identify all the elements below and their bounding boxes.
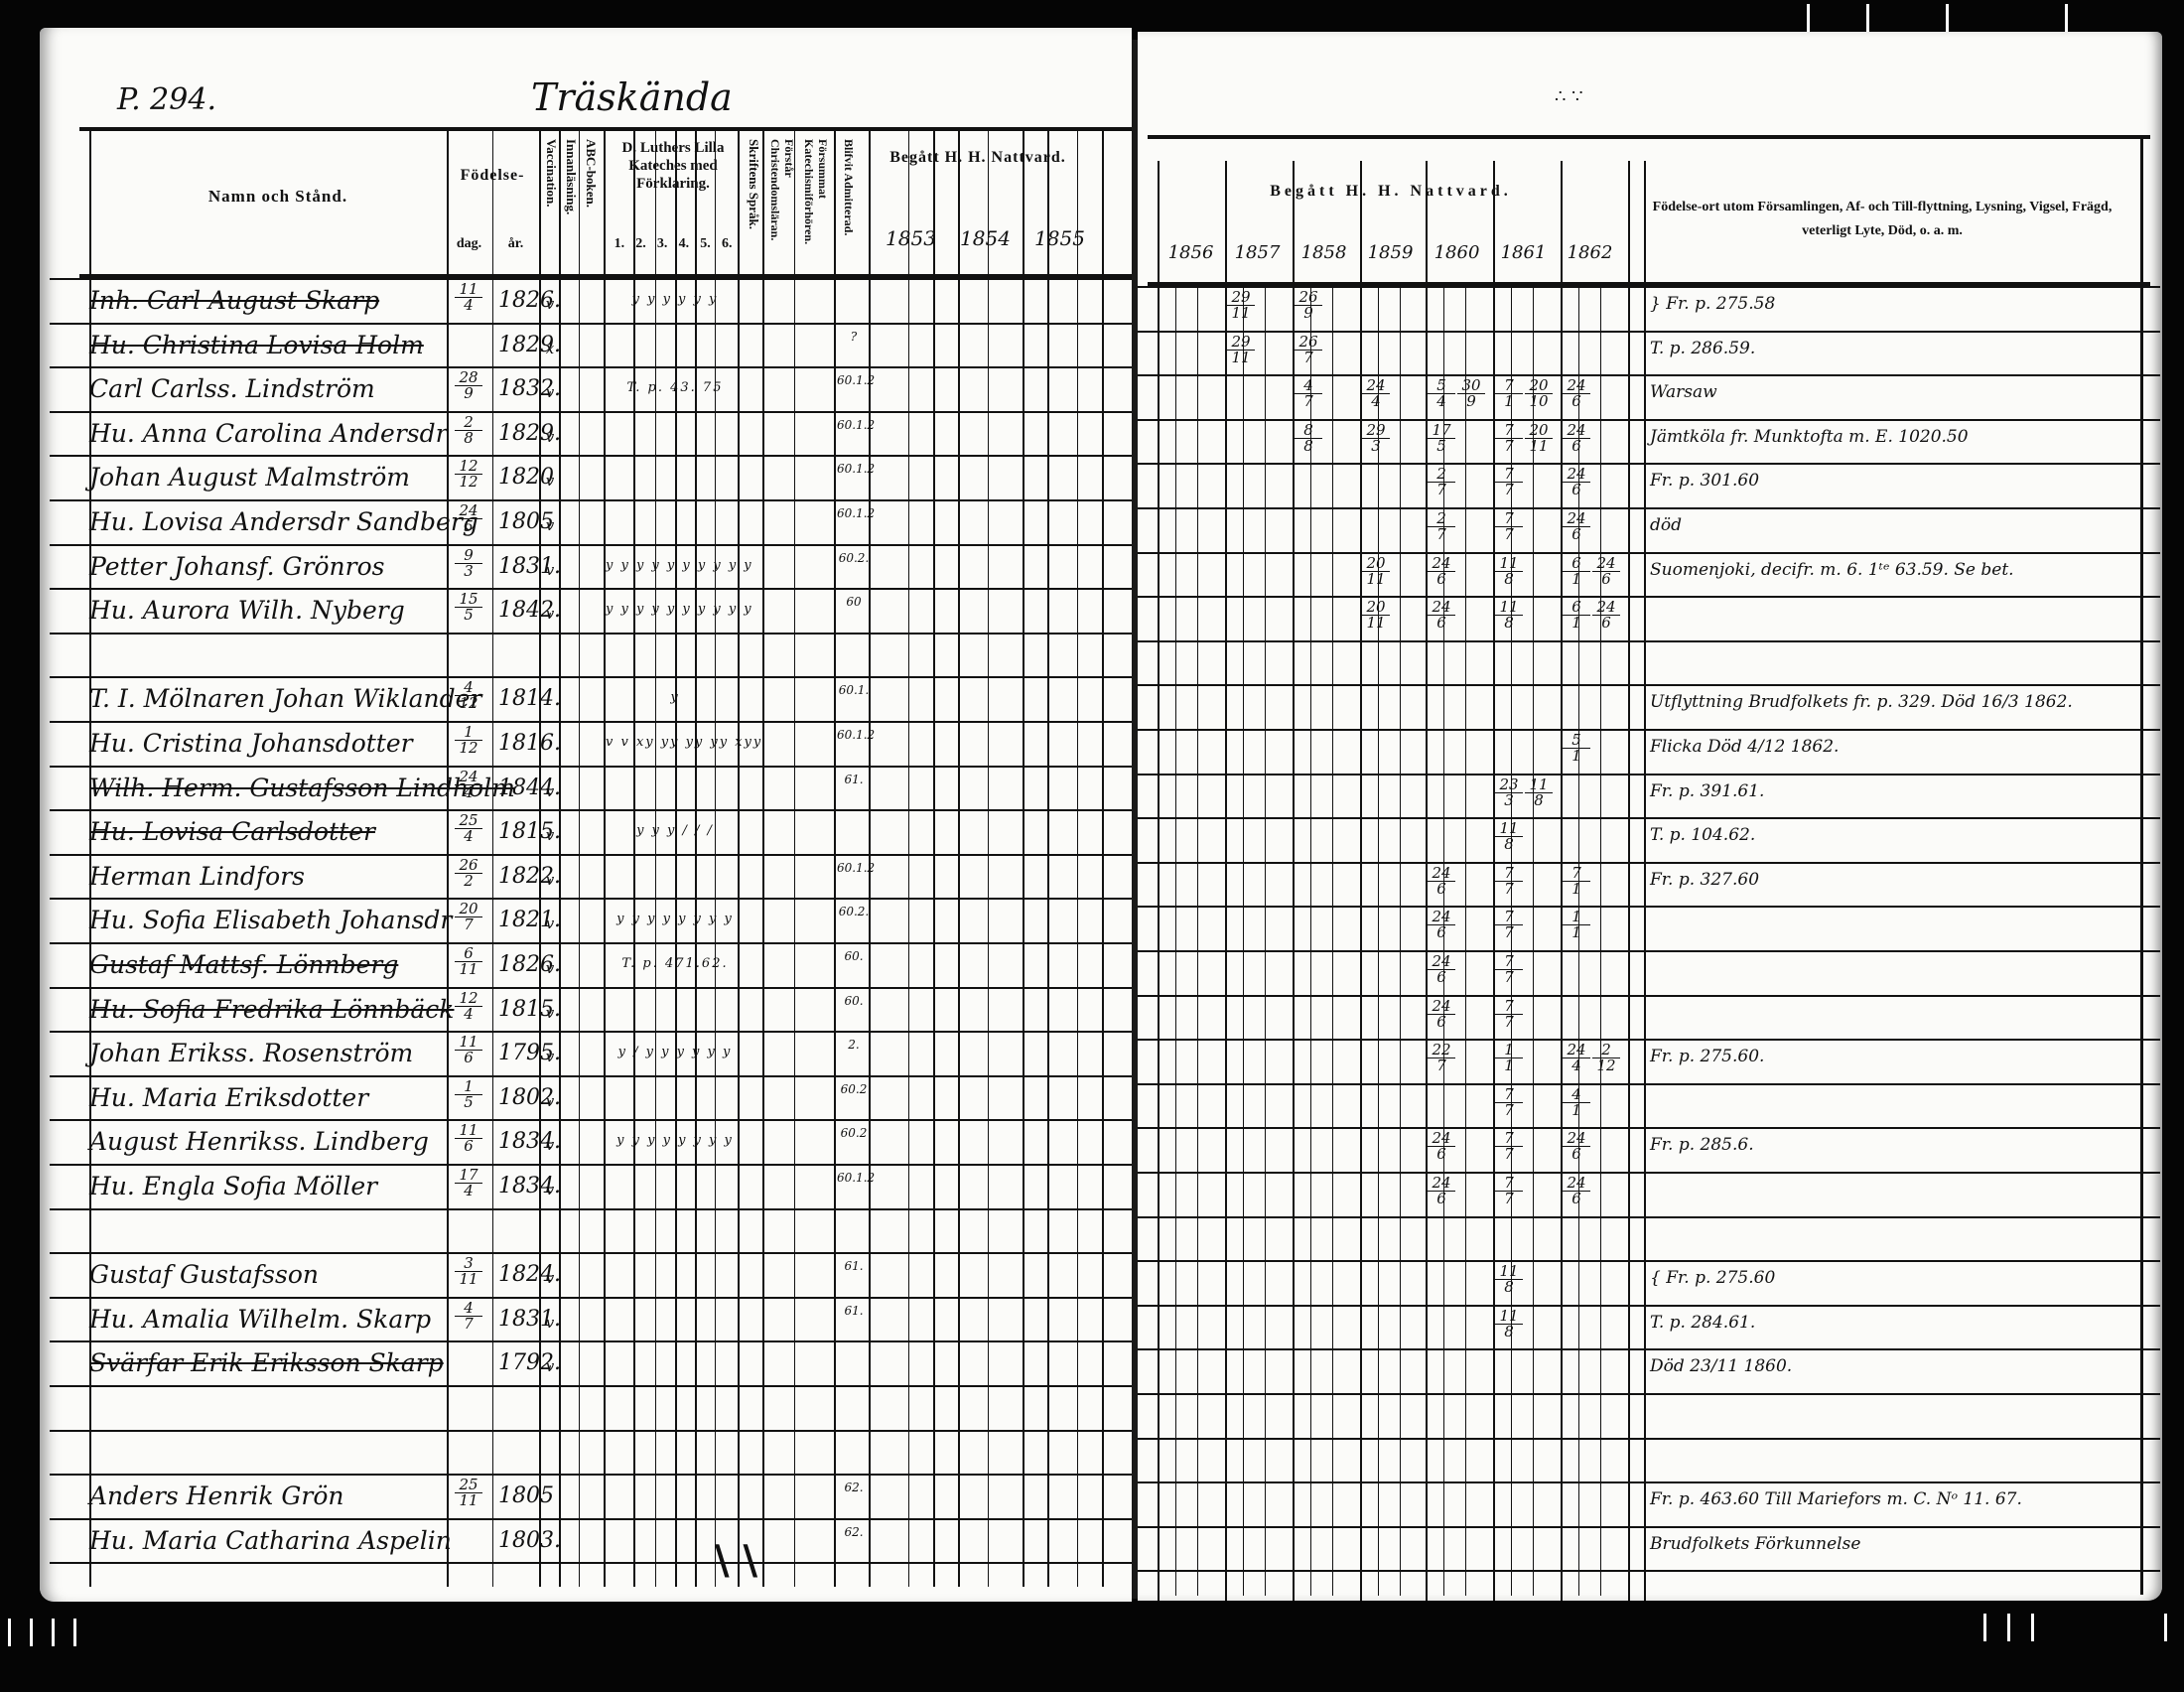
vaccination-mark: v (541, 384, 559, 400)
birth-day: 174 (455, 1168, 482, 1198)
table-row: Hu. Anna Carolina Andersdr281829.v60.1.2 (40, 411, 1132, 456)
katechism-note: 60.2. (837, 904, 871, 919)
person-name: Hu. Christina Lovisa Holm (89, 331, 424, 359)
grid-hline-right (1138, 1570, 2160, 1572)
birth-day: 311 (455, 1256, 482, 1287)
communion-c62: 246 (1592, 556, 1620, 587)
table-row: Johan Erikss. Rosenström1161795.vy / y y… (40, 1031, 1132, 1075)
communion-c60: 246 (1428, 999, 1455, 1030)
communion-c62: 246 (1563, 1176, 1590, 1206)
birth-day: 289 (455, 370, 482, 401)
header-remarks: Födelse-ort utom Församlingen, Af- och T… (1634, 196, 2130, 243)
birth-day: 116 (455, 1123, 482, 1154)
catechism-part-5: 5. (695, 236, 717, 252)
communion-c61: 71 (1495, 378, 1523, 409)
communion-c60: 246 (1428, 910, 1455, 940)
header-missed-examinations: Försummat Katechismiförhören. (802, 139, 830, 278)
katechism-note: 60 (837, 594, 871, 610)
communion-c57: 2911 (1227, 290, 1255, 321)
person-name: Svärfar Erik Eriksson Skarp (89, 1348, 444, 1377)
communion-c59: 293 (1362, 423, 1390, 454)
vaccination-mark: v (541, 960, 559, 976)
birth-day: 114 (455, 282, 482, 313)
table-row-right: 201124611861246Suomenjoki, decifr. m. 6.… (1138, 552, 2160, 597)
communion-c61: 77 (1495, 954, 1523, 985)
film-tick (1807, 4, 1810, 32)
communion-c61: 77 (1495, 999, 1523, 1030)
birth-day: 412 (455, 680, 482, 711)
remark-text: Utflyttning Brudfolkets fr. p. 329. Död … (1650, 692, 2073, 712)
table-row: Svärfar Erik Eriksson Skarp1792.v (40, 1340, 1132, 1385)
person-name: Hu. Sofia Elisabeth Johansdr (89, 906, 452, 934)
table-row: Hu. Christina Lovisa Holm1829.x? (40, 323, 1132, 367)
communion-c62: 246 (1563, 511, 1590, 542)
table-row-right (1138, 1393, 2160, 1438)
person-name: Anders Henrik Grön (89, 1481, 344, 1510)
communion-c59: 2011 (1362, 556, 1390, 587)
header-birth-year: år. (493, 236, 538, 252)
table-row-right: 2777246Fr. p. 301.60 (1138, 463, 2160, 507)
table-row: Hu. Maria Catharina Aspelin1803.62. (40, 1518, 1132, 1563)
katechism-note: 61. (837, 772, 871, 787)
katechism-note: 60. (837, 993, 871, 1009)
catechism-marks: T. p. 43. 75 (606, 380, 745, 396)
table-row: Hu. Maria Eriksdotter151802.v60.2 (40, 1075, 1132, 1120)
katechism-note: 61. (837, 1258, 871, 1274)
header-vaccination: Vaccination. (544, 139, 558, 278)
communion-c61: 77 (1495, 1087, 1523, 1118)
katechism-note: 60.1.2 (837, 505, 871, 521)
table-row: Wilh. Herm. Gustafsson Lindholm2441844.v… (40, 766, 1132, 810)
table-row-right (1138, 1438, 2160, 1482)
birth-day: 116 (455, 1035, 482, 1065)
table-row-right (1138, 640, 2160, 685)
catechism-marks: y y y y y y y y (606, 912, 745, 927)
remark-text: Warsaw (1650, 382, 1717, 402)
table-row: Petter Johansf. Grönros931831.vy y y y y… (40, 544, 1132, 589)
table-row-right: 24677 (1138, 950, 2160, 995)
film-tick (52, 1619, 55, 1646)
communion-c61: 11 (1495, 1043, 1523, 1073)
communion-c60: 309 (1457, 378, 1485, 409)
communion-c61: 118 (1495, 1264, 1523, 1295)
film-tick (30, 1619, 33, 1646)
catechism-marks: y y y y y y y y (606, 1133, 745, 1149)
table-row: Hu. Amalia Wilhelm. Skarp471831.v61. (40, 1297, 1132, 1341)
table-row: Hu. Aurora Wilh. Nyberg1551842.vy y y y … (40, 588, 1132, 633)
remark-text: död (1650, 515, 1682, 535)
communion-c62: 244 (1563, 1043, 1590, 1073)
communion-c61: 118 (1525, 777, 1553, 808)
vaccination-mark: v (541, 827, 559, 843)
vaccination-mark: v (541, 562, 559, 578)
communion-c62: 41 (1563, 1087, 1590, 1118)
table-row: Hu. Cristina Johansdotter1121816.v v xy … (40, 721, 1132, 766)
communion-c62: 61 (1563, 600, 1590, 631)
remark-text: Suomenjoki, decifr. m. 6. 1ᵗᵉ 63.59. Se … (1650, 560, 2014, 580)
year-1856: 1856 (1158, 242, 1224, 263)
table-row (40, 633, 1132, 677)
person-name: Herman Lindfors (89, 862, 305, 891)
header-reading: Innanläsning. (564, 139, 578, 278)
table-row-right: 4724454309712010246Warsaw (1138, 374, 2160, 419)
birth-year: 1803. (498, 1528, 561, 1553)
person-name: Hu. Maria Catharina Aspelin (89, 1526, 452, 1555)
table-row: Anders Henrik Grön2511180562. (40, 1474, 1132, 1518)
table-row-right: 24677 (1138, 995, 2160, 1040)
table-row-right: Utflyttning Brudfolkets fr. p. 329. Död … (1138, 684, 2160, 729)
communion-c60: 246 (1428, 866, 1455, 897)
header-admitted: Blifvit Admitterad. (842, 139, 856, 278)
table-row-right: 2777246död (1138, 507, 2160, 552)
communion-c62: 51 (1563, 733, 1590, 764)
header-abc-book: ABC-boken. (584, 139, 598, 278)
person-name: Carl Carlss. Lindström (89, 374, 375, 403)
film-tick (8, 1619, 11, 1646)
birth-day: 93 (455, 548, 482, 579)
person-name: August Henrikss. Lindberg (89, 1127, 429, 1156)
person-name: Petter Johansf. Grönros (89, 552, 384, 581)
remark-text: Fr. p. 463.60 Till Mariefors m. C. Nᵒ 11… (1650, 1489, 2022, 1509)
person-name: Johan August Malmström (89, 463, 410, 492)
katechism-note: 62. (837, 1480, 871, 1495)
vaccination-mark: v (541, 1049, 559, 1064)
table-row-right: 24677246 (1138, 1172, 2160, 1216)
table-row-right: 7741 (1138, 1083, 2160, 1128)
film-tick (2164, 1614, 2167, 1641)
katechism-note: 60.1.2 (837, 1170, 871, 1186)
person-name: Hu. Maria Eriksdotter (89, 1083, 368, 1112)
table-row: Inh. Carl August Skarp1141826.vy y y y y… (40, 278, 1132, 323)
remark-text: Fr. p. 301.60 (1650, 471, 1759, 491)
birth-year: 1816. (498, 731, 561, 756)
vaccination-mark: v (541, 473, 559, 489)
catechism-marks: y y y y y y (606, 292, 745, 308)
communion-c61: 118 (1495, 600, 1523, 631)
vaccination-mark: v (541, 916, 559, 931)
table-row (40, 1385, 1132, 1430)
katechism-note: 60.2 (837, 1081, 871, 1097)
vaccination-mark: v (541, 517, 559, 533)
header-communion-years-right: 1856185718581859186018611862 (1158, 242, 1628, 263)
communion-c61: 77 (1495, 1176, 1523, 1206)
birth-day: 47 (455, 1301, 482, 1332)
remark-text: Fr. p. 275.60. (1650, 1047, 1764, 1066)
film-tick (2065, 4, 2068, 32)
remark-text: Död 23/11 1860. (1650, 1356, 1792, 1376)
communion-c61: 2011 (1525, 423, 1553, 454)
table-row: Hu. Sofia Fredrika Lönnbäck1241815.v60. (40, 987, 1132, 1032)
communion-c60: 246 (1428, 556, 1455, 587)
header-top-rule (79, 127, 1132, 131)
catechism-part-1: 1. (609, 236, 630, 252)
table-row: Hu. Lovisa Carlsdotter2541815.vy y y / /… (40, 809, 1132, 854)
catechism-marks: y y y y y y y y y y (606, 558, 745, 574)
catechism-marks: v v xy yy yy yy xyy (606, 735, 745, 751)
person-name: Hu. Engla Sofia Möller (89, 1172, 377, 1200)
table-row-right: Brudfolkets Förkunnelse (1138, 1526, 2160, 1571)
right-page: ∴ ∵ Begått H. H. Nattvard. 1856185718581… (1138, 32, 2162, 1601)
communion-c58: 88 (1295, 423, 1322, 454)
left-page: P. 294. Träskända Namn och Stånd. Födels… (40, 28, 1132, 1602)
communion-c62: 246 (1563, 467, 1590, 497)
person-name: Hu. Anna Carolina Andersdr (89, 419, 448, 448)
vaccination-mark: v (541, 1358, 559, 1374)
film-tick (1983, 1614, 1986, 1641)
person-name: Hu. Amalia Wilhelm. Skarp (89, 1305, 431, 1334)
vaccination-mark: v (541, 1137, 559, 1153)
header-top-rule-right (1148, 135, 2150, 139)
person-name: Wilh. Herm. Gustafsson Lindholm (89, 774, 515, 802)
communion-c60: 246 (1428, 1176, 1455, 1206)
communion-c57: 2911 (1227, 335, 1255, 365)
table-row: Gustaf Gustafsson3111824.v61. (40, 1252, 1132, 1297)
person-name: Gustaf Mattsf. Lönnberg (89, 950, 398, 979)
bottom-mark: \ \ (715, 1537, 757, 1584)
table-row-right: 2911269} Fr. p. 275.58 (1138, 286, 2160, 331)
communion-c61: 77 (1495, 423, 1523, 454)
year-1861: 1861 (1490, 242, 1557, 263)
katechism-note: 62. (837, 1524, 871, 1540)
header-birth-day: dag. (447, 236, 491, 252)
katechism-note: 60.2 (837, 1125, 871, 1141)
communion-c61: 77 (1495, 866, 1523, 897)
table-row-right: 118 T. p. 284.61. (1138, 1305, 2160, 1349)
communion-c62: 246 (1563, 378, 1590, 409)
film-tick (1866, 4, 1869, 32)
katechism-note: 60.1. (837, 682, 871, 698)
film-tick (2007, 1614, 2010, 1641)
film-tick (73, 1619, 76, 1646)
communion-c62: 71 (1563, 866, 1590, 897)
communion-c58: 267 (1295, 335, 1322, 365)
table-row: T. I. Mölnaren Johan Wiklander4121814.y6… (40, 676, 1132, 721)
header-scripture-language: Skriftens Språk. (747, 139, 760, 278)
remark-text: T. p. 104.62. (1650, 825, 1755, 845)
birth-day: 244 (455, 770, 482, 800)
vaccination-mark: v (541, 1093, 559, 1109)
grid-hline-left (50, 1562, 1132, 1564)
film-tick (2031, 1614, 2034, 1641)
vaccination-mark: v (541, 296, 559, 312)
table-row: Hu. Engla Sofia Möller1741834.v60.1.2 (40, 1164, 1132, 1208)
communion-c61: 77 (1495, 467, 1523, 497)
communion-c61: 233 (1495, 777, 1523, 808)
communion-c60: 227 (1428, 1043, 1455, 1073)
year-1858: 1858 (1291, 242, 1357, 263)
communion-c62: 212 (1592, 1043, 1620, 1073)
catechism-marks: y y y y y y y y y y (606, 602, 745, 618)
header-name-and-rank: Namn och Stånd. (149, 187, 407, 207)
katechism-note: 60.1.2 (837, 372, 871, 388)
header-catechism-parts: 1.2.3.4.5.6. (609, 236, 738, 252)
communion-c61: 118 (1495, 556, 1523, 587)
remark-text: Jämtköla fr. Munktofta m. E. 1020.50 (1650, 427, 1969, 447)
vaccination-mark: v (541, 1005, 559, 1021)
table-row: Hu. Sofia Elisabeth Johansdr2071821.vy y… (40, 898, 1132, 942)
remark-text: { Fr. p. 275.60 (1650, 1268, 1775, 1288)
communion-c61: 77 (1495, 1131, 1523, 1162)
table-row-right (1138, 1216, 2160, 1261)
header-luther-catechism: D. Luthers Lilla Kateches med Förklaring… (609, 139, 738, 193)
header-communion-years-left: 185318541855 (874, 226, 1132, 250)
katechism-note: 60.1.2 (837, 860, 871, 876)
communion-c61: 77 (1495, 511, 1523, 542)
birth-day: 112 (455, 725, 482, 756)
vaccination-mark: v (541, 1182, 559, 1198)
table-row-right: 2911267 T. p. 286.59. (1138, 331, 2160, 375)
table-row (40, 1430, 1132, 1475)
table-row-right: 2467771Fr. p. 327.60 (1138, 862, 2160, 907)
remark-text: Fr. p. 285.6. (1650, 1135, 1754, 1155)
person-name: Hu. Lovisa Carlsdotter (89, 817, 375, 846)
table-row-right: 51Flicka Död 4/12 1862. (1138, 729, 2160, 774)
header-understands-doctrine: Förstår Christendomsläran. (768, 139, 796, 278)
table-row: August Henrikss. Lindberg1161834.vy y y … (40, 1119, 1132, 1164)
birth-year: 1805 (498, 1483, 554, 1508)
communion-c60: 54 (1428, 378, 1455, 409)
katechism-note: ? (837, 329, 871, 345)
table-row-right: 118T. p. 104.62. (1138, 817, 2160, 862)
header-communion-right: Begått H. H. Nattvard. (1158, 183, 1624, 201)
communion-c60: 246 (1428, 1131, 1455, 1162)
catechism-marks: y / y y y y y y (606, 1045, 745, 1060)
catechism-marks: y y y / / / (606, 823, 745, 839)
remark-text: Fr. p. 391.61. (1650, 781, 1764, 801)
birth-day: 2511 (455, 1478, 482, 1508)
birth-day: 207 (455, 902, 482, 932)
birth-day: 124 (455, 991, 482, 1022)
birth-day: 15 (455, 1079, 482, 1110)
table-row: Johan August Malmström12121820v60.1.2 (40, 455, 1132, 499)
table-row: Gustaf Mattsf. Lönnberg6111826.vT. p. 47… (40, 942, 1132, 987)
year-1853: 1853 (874, 226, 948, 250)
vaccination-mark: v (541, 872, 559, 888)
birth-day: 262 (455, 858, 482, 889)
table-row: Carl Carlss. Lindström2891832.vT. p. 43.… (40, 366, 1132, 411)
katechism-note: 61. (837, 1303, 871, 1319)
communion-c59: 2011 (1362, 600, 1390, 631)
person-name: Hu. Lovisa Andersdr Sandberg (89, 507, 478, 536)
catechism-marks: T. p. 471.62. (606, 956, 745, 972)
table-row-right: 201124611861246 (1138, 596, 2160, 640)
person-name: Hu. Aurora Wilh. Nyberg (89, 596, 405, 625)
birth-day: 254 (455, 813, 482, 844)
remark-text: Flicka Död 4/12 1862. (1650, 737, 1839, 757)
film-tick (1946, 4, 1949, 32)
communion-c62: 246 (1563, 423, 1590, 454)
header-communion-left: Begått H. H. Nattvard. (874, 147, 1082, 169)
katechism-note: 2. (837, 1037, 871, 1053)
birth-day: 28 (455, 415, 482, 446)
birth-day: 1212 (455, 459, 482, 490)
table-row-right: 88293175772011246Jämtköla fr. Munktofta … (1138, 419, 2160, 464)
person-name: Hu. Cristina Johansdotter (89, 729, 413, 758)
table-row-right: 118{ Fr. p. 275.60 (1138, 1260, 2160, 1305)
year-1860: 1860 (1424, 242, 1490, 263)
table-row: Hu. Lovisa Andersdr Sandberg2451805v60.1… (40, 499, 1132, 544)
table-row-right: Död 23/11 1860. (1138, 1348, 2160, 1393)
table-row: Herman Lindfors2621822.v60.1.2 (40, 854, 1132, 899)
remark-text: Brudfolkets Förkunnelse (1650, 1534, 1860, 1554)
communion-c60: 246 (1428, 954, 1455, 985)
communion-c61: 118 (1495, 1309, 1523, 1339)
person-name: Gustaf Gustafsson (89, 1260, 319, 1289)
table-row-right: 22711244212Fr. p. 275.60. (1138, 1039, 2160, 1083)
communion-c58: 47 (1295, 378, 1322, 409)
communion-c60: 27 (1428, 511, 1455, 542)
katechism-note: 60.2. (837, 550, 871, 566)
remark-text: T. p. 286.59. (1650, 339, 1755, 358)
birth-day: 611 (455, 946, 482, 977)
catechism-marks: y (606, 690, 745, 706)
vaccination-mark: v (541, 606, 559, 622)
year-1859: 1859 (1357, 242, 1424, 263)
remark-text: T. p. 284.61. (1650, 1313, 1755, 1333)
table-row-right: 24677246Fr. p. 285.6. (1138, 1127, 2160, 1172)
year-1857: 1857 (1224, 242, 1291, 263)
vaccination-mark: v (541, 1270, 559, 1286)
vaccination-mark: x (541, 341, 559, 356)
table-row (40, 1208, 1132, 1253)
remark-text: } Fr. p. 275.58 (1650, 294, 1775, 314)
katechism-note: 60.1.2 (837, 417, 871, 433)
katechism-note: 60. (837, 948, 871, 964)
communion-c62: 11 (1563, 910, 1590, 940)
katechism-note: 60.1.2 (837, 727, 871, 743)
table-row-right: 2467711 (1138, 906, 2160, 950)
person-name: T. I. Mölnaren Johan Wiklander (89, 684, 481, 713)
communion-c60: 27 (1428, 467, 1455, 497)
catechism-part-6: 6. (716, 236, 738, 252)
birth-day: 155 (455, 592, 482, 623)
vaccination-mark: v (541, 783, 559, 799)
top-marks: ∴ ∵ (1555, 86, 1583, 107)
communion-c62: 246 (1592, 600, 1620, 631)
communion-c61: 118 (1495, 821, 1523, 852)
communion-c62: 61 (1563, 556, 1590, 587)
katechism-note: 60.1.2 (837, 461, 871, 477)
person-name: Hu. Sofia Fredrika Lönnbäck (89, 995, 454, 1024)
communion-c60: 175 (1428, 423, 1455, 454)
birth-day: 245 (455, 503, 482, 534)
communion-c58: 269 (1295, 290, 1322, 321)
vaccination-mark: v (541, 1315, 559, 1331)
table-row-right: Fr. p. 463.60 Till Mariefors m. C. Nᵒ 11… (1138, 1481, 2160, 1526)
communion-c59: 244 (1362, 378, 1390, 409)
year-1855: 1855 (1023, 226, 1097, 250)
year-1862: 1862 (1557, 242, 1623, 263)
communion-c61: 77 (1495, 910, 1523, 940)
person-name: Johan Erikss. Rosenström (89, 1039, 413, 1067)
birth-year: 1814. (498, 686, 561, 711)
remark-text: Fr. p. 327.60 (1650, 870, 1759, 890)
table-row-right: 233118Fr. p. 391.61. (1138, 774, 2160, 818)
page-reference: P. 294. (117, 82, 216, 117)
communion-c61: 2010 (1525, 378, 1553, 409)
village-title: Träskända (531, 75, 733, 119)
vaccination-mark: v (541, 429, 559, 445)
communion-c60: 246 (1428, 600, 1455, 631)
communion-c62: 246 (1563, 1131, 1590, 1162)
person-name: Inh. Carl August Skarp (89, 286, 379, 315)
